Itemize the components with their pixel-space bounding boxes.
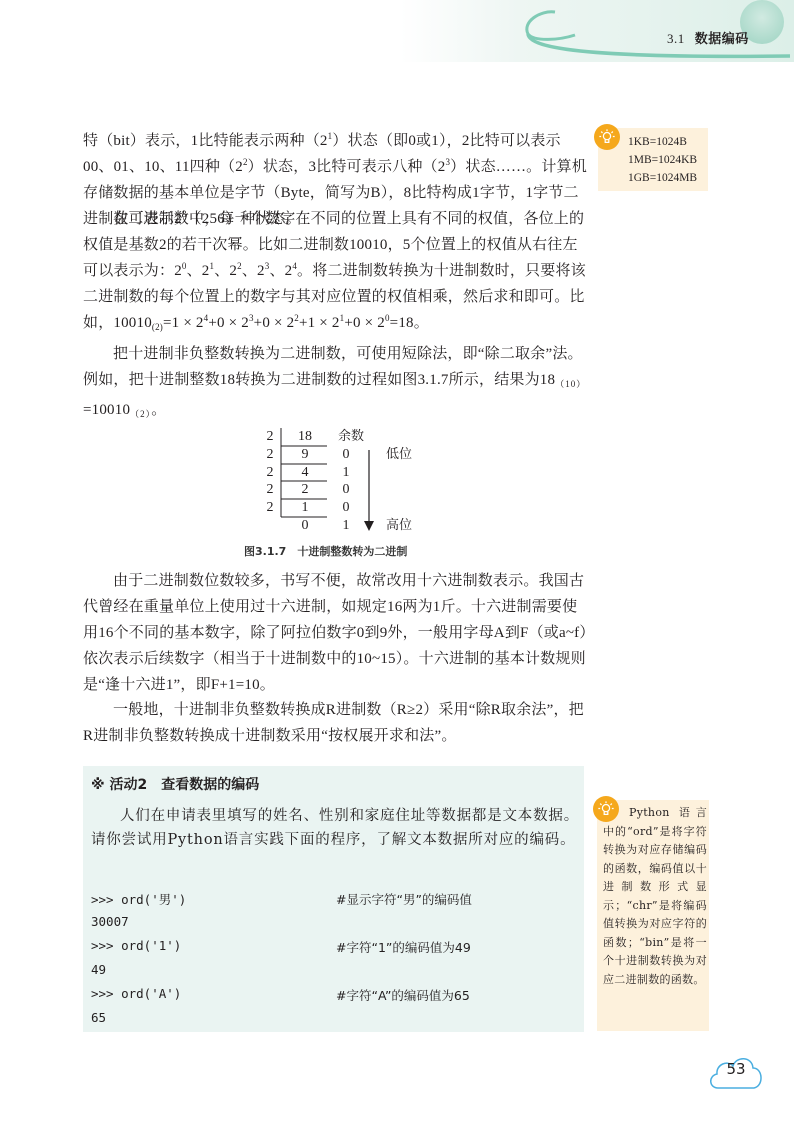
paragraph-short-division: 把十进制非负整数转换为二进制数，可使用短除法，即“除二取余”法。例如，把十进制整…	[83, 341, 590, 427]
quotient: 18	[285, 429, 325, 445]
activity-box: ※ 活动2查看数据的编码 人们在申请表里填写的姓名、性别和家庭住址等数据都是文本…	[83, 766, 584, 1032]
divisor: 2	[263, 465, 277, 481]
low-bit-label: 低位	[379, 447, 419, 463]
paragraph-radix-conversion: 一般地，十进制非负整数转换成R进制数（R≥2）采用“除R取余法”，把R进制非负整…	[83, 697, 590, 749]
reference-mark-icon: ※	[91, 777, 105, 793]
code-comment: #字符“A”的编码值为65	[336, 986, 470, 1004]
quotient: 1	[285, 500, 325, 516]
divisor: 2	[263, 429, 277, 445]
activity-heading: 查看数据的编码	[161, 777, 259, 793]
code-comment: #显示字符“男”的编码值	[336, 890, 472, 908]
figure-caption: 图3.1.7 十进制整数转为二进制	[244, 543, 407, 559]
tip-python-text: Python 语言中的“ord”是将字符转换为对应存储编码的函数，编码值以十进制…	[603, 804, 707, 989]
remainder-header: 余数	[331, 429, 371, 445]
code-line: >>> ord('男')	[91, 890, 186, 908]
code-line: >>> ord('A')	[91, 986, 181, 1001]
remainder: 0	[339, 482, 353, 498]
arrow-down-icon	[364, 521, 374, 531]
quotient: 4	[285, 465, 325, 481]
figure-short-division: 2 2 2 2 2 18 9 4 2 1 0 余数 0 1 0 0 1 低位 高…	[255, 425, 455, 535]
remainder: 1	[339, 518, 353, 534]
paragraph-weights: 在二进制数中，每一个数字在不同的位置上具有不同的权值，各位上的权值是基数2的若干…	[83, 206, 590, 336]
code-output: 65	[91, 1010, 106, 1025]
activity-label: 活动2	[110, 777, 148, 793]
remainder: 0	[339, 500, 353, 516]
remainder: 1	[339, 465, 353, 481]
activity-description: 人们在申请表里填写的姓名、性别和家庭住址等数据都是文本数据。请你尝试用Pytho…	[91, 804, 581, 852]
divisor: 2	[263, 500, 277, 516]
section-number: 3.1	[667, 31, 685, 46]
divisor: 2	[263, 447, 277, 463]
tip-line: 1GB=1024MB	[598, 169, 708, 187]
high-bit-label: 高位	[379, 518, 419, 534]
page-number: 53	[706, 1060, 766, 1078]
quotient: 2	[285, 482, 325, 498]
activity-title: ※ 活动2查看数据的编码	[91, 774, 259, 794]
remainder: 0	[339, 447, 353, 463]
divisor: 2	[263, 482, 277, 498]
section-title: 数据编码	[695, 31, 749, 46]
code-comment: #字符“1”的编码值为49	[336, 938, 471, 956]
tip-units-box: 1KB=1024B 1MB=1024KB 1GB=1024MB	[598, 128, 708, 191]
header-swoosh-decoration	[500, 0, 794, 70]
quotient: 0	[285, 518, 325, 534]
lightbulb-icon	[594, 124, 620, 150]
code-output: 49	[91, 962, 106, 977]
running-header: 3.1数据编码	[667, 28, 749, 47]
code-line: >>> ord('1')	[91, 938, 181, 953]
quotient: 9	[285, 447, 325, 463]
code-output: 30007	[91, 914, 129, 929]
paragraph-hexadecimal: 由于二进制数位数较多，书写不便，故常改用十六进制数表示。我国古代曾经在重量单位上…	[83, 568, 590, 698]
tip-line: 1MB=1024KB	[598, 151, 708, 169]
tip-python-box: Python 语言中的“ord”是将字符转换为对应存储编码的函数，编码值以十进制…	[597, 800, 709, 1031]
